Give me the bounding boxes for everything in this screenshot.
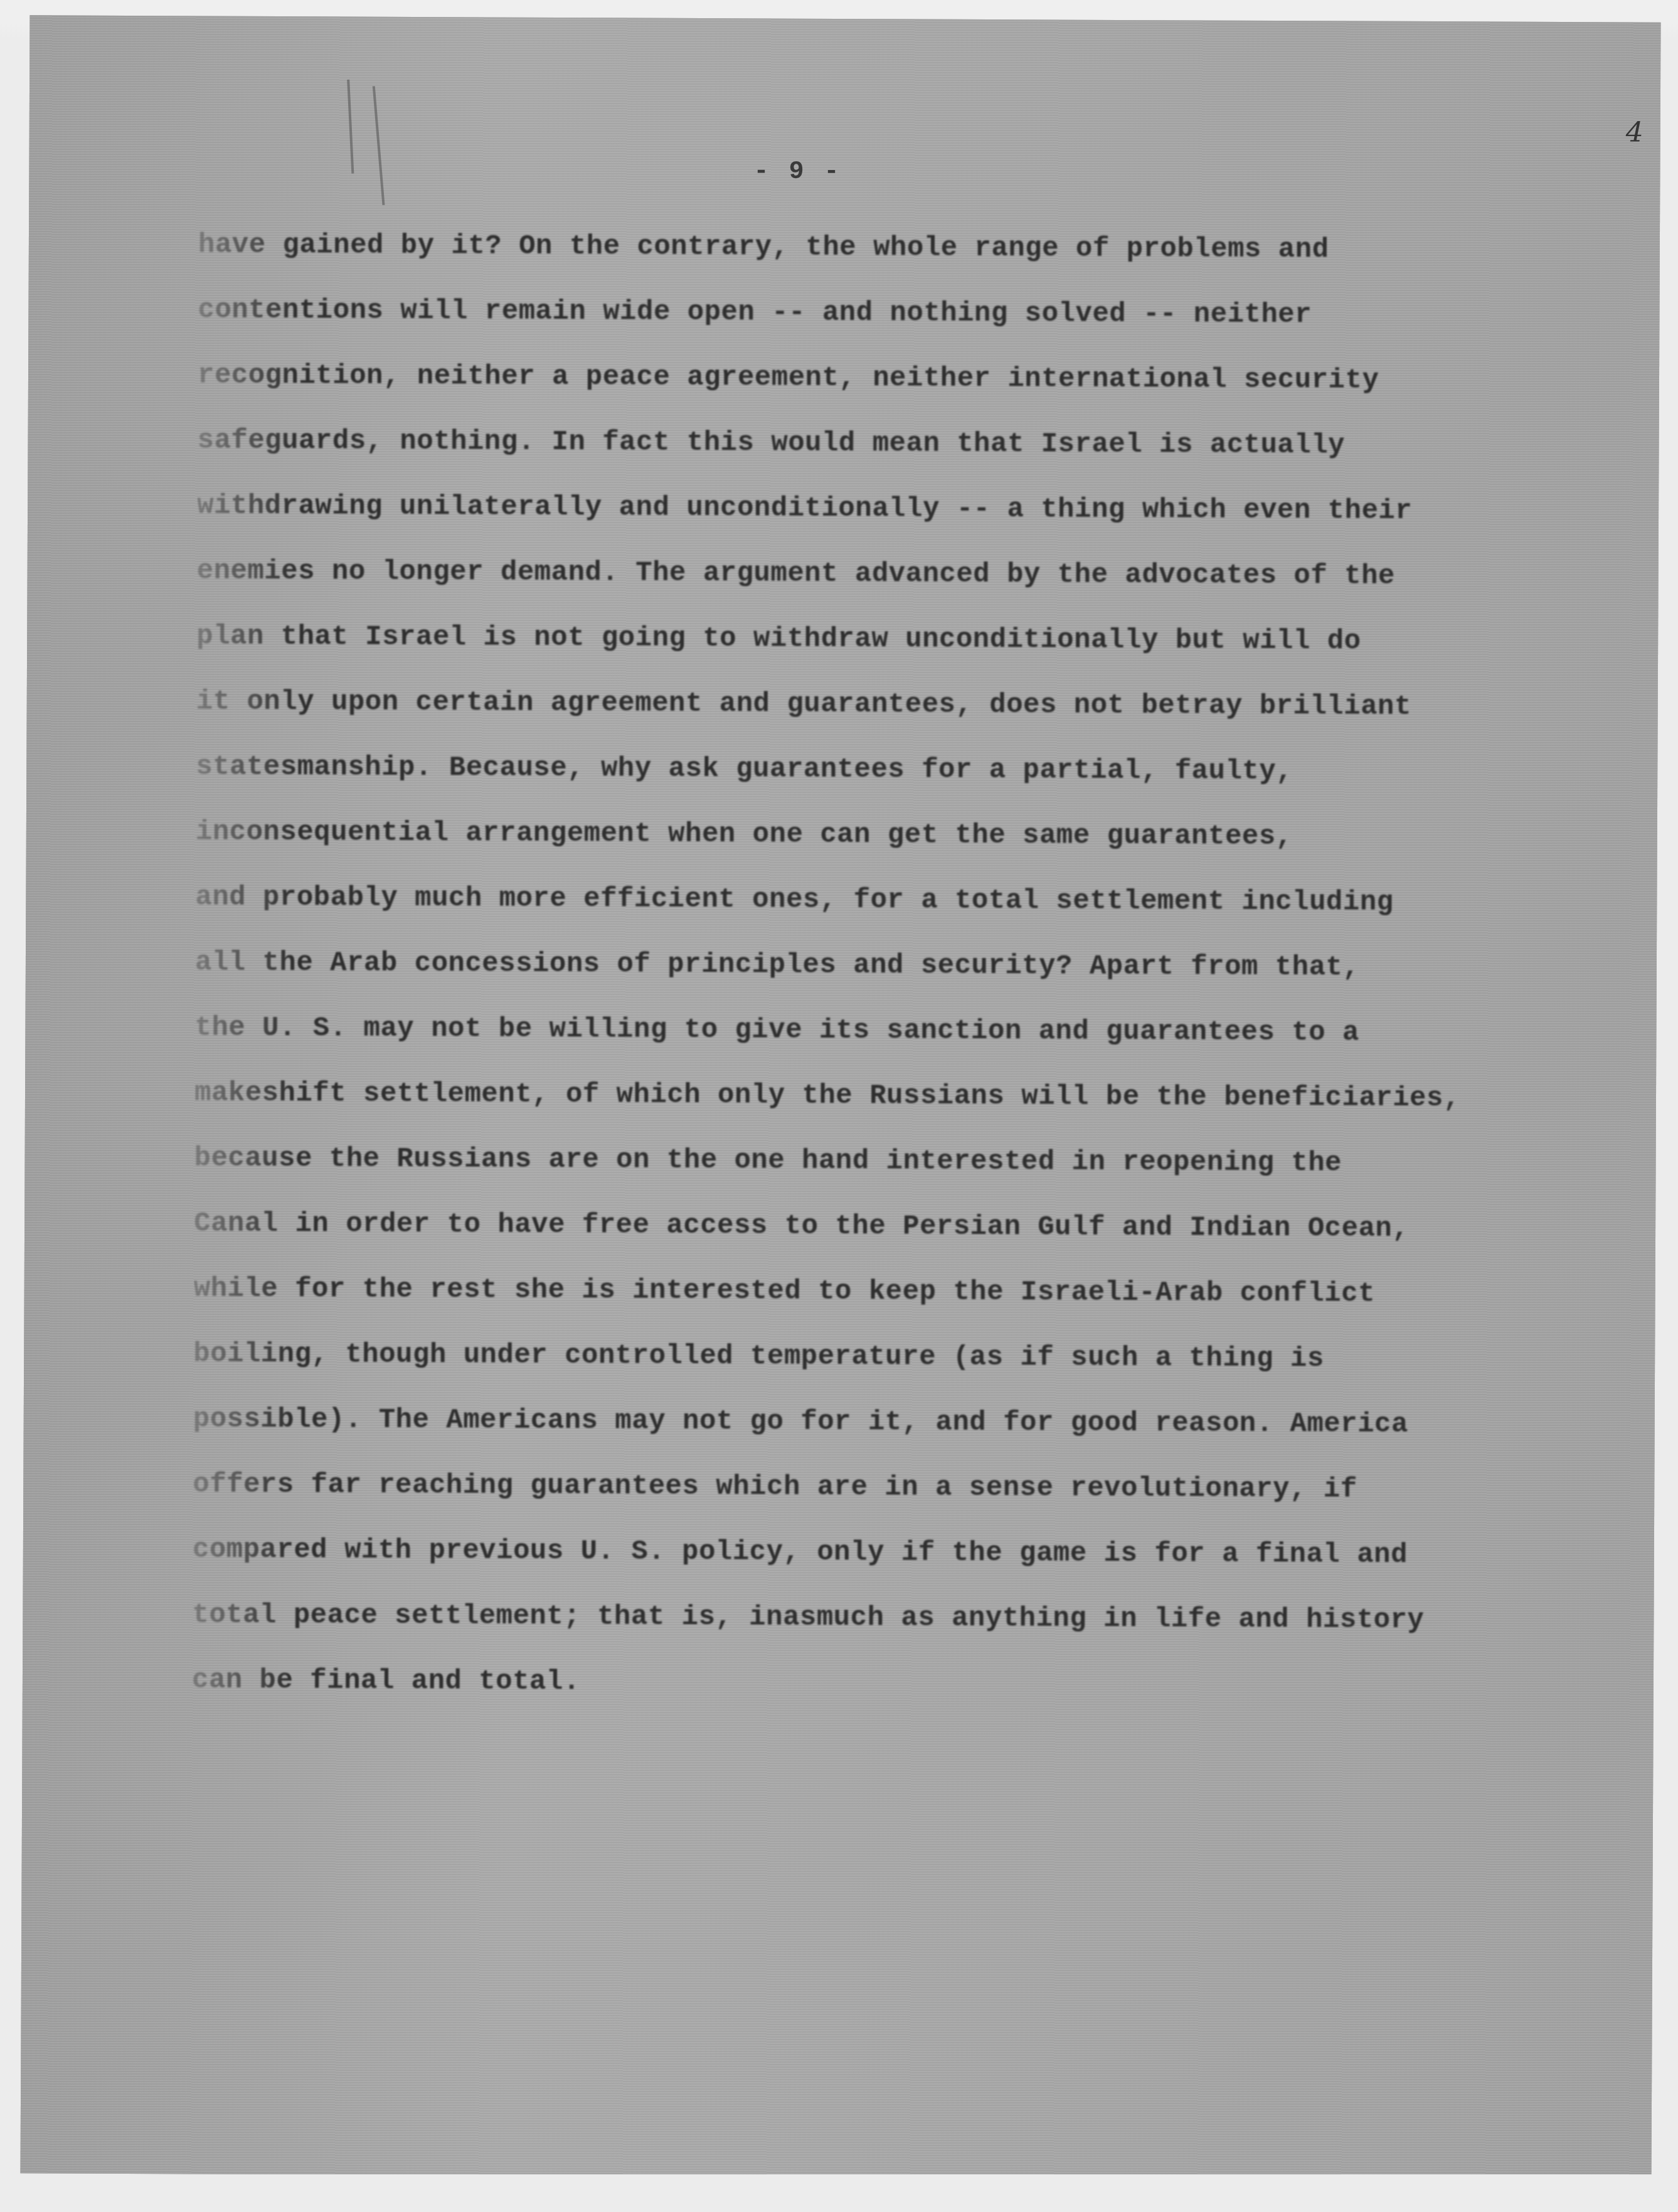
- text-line: it only upon certain agreement and guara…: [196, 683, 1607, 755]
- text-line: have gained by it? On the contrary, the …: [198, 226, 1610, 298]
- text-line: total peace settlement; that is, inasmuc…: [192, 1596, 1603, 1667]
- text-line: all the Arab concessions of principles a…: [195, 944, 1606, 1016]
- text-line: compared with previous U. S. policy, onl…: [193, 1531, 1604, 1602]
- text-line: safeguards, nothing. In fact this would …: [197, 422, 1608, 494]
- text-line: plan that Israel is not going to withdra…: [196, 618, 1608, 689]
- handwritten-corner-mark: 4: [1626, 116, 1643, 148]
- text-line: boiling, though under controlled tempera…: [193, 1336, 1605, 1407]
- text-line: inconsequential arrangement when one can…: [196, 814, 1607, 885]
- margin-pen-mark: [373, 86, 390, 205]
- text-line: enemies no longer demand. The argument a…: [196, 553, 1608, 624]
- typewritten-page: - 9 - 4 have gained by it? On the contra…: [21, 15, 1661, 2180]
- text-line: recognition, neither a peace agreement, …: [198, 357, 1609, 428]
- text-line: contentions will remain wide open -- and…: [198, 292, 1609, 363]
- text-line: because the Russians are on the one hand…: [194, 1140, 1605, 1211]
- text-line: withdrawing unilaterally and uncondition…: [197, 487, 1608, 559]
- text-line: Canal in order to have free access to th…: [194, 1205, 1605, 1277]
- text-line: possible). The Americans may not go for …: [193, 1401, 1604, 1472]
- text-line: makeshift settlement, of which only the …: [194, 1075, 1606, 1146]
- scan-bottom-margin: [0, 2174, 1678, 2212]
- text-line: while for the rest she is interested to …: [193, 1270, 1605, 1342]
- text-line: offers far reaching guarantees which are…: [193, 1466, 1604, 1538]
- margin-pen-mark: [347, 79, 359, 173]
- text-line: can be final and total.: [192, 1661, 1603, 1733]
- text-line: the U. S. may not be willing to give its…: [194, 1009, 1606, 1081]
- text-line: and probably much more efficient ones, f…: [195, 879, 1606, 950]
- text-line: statesmanship. Because, why ask guarante…: [196, 748, 1607, 820]
- body-text: have gained by it? On the contrary, the …: [192, 226, 1610, 1733]
- page-number: - 9 -: [753, 157, 841, 186]
